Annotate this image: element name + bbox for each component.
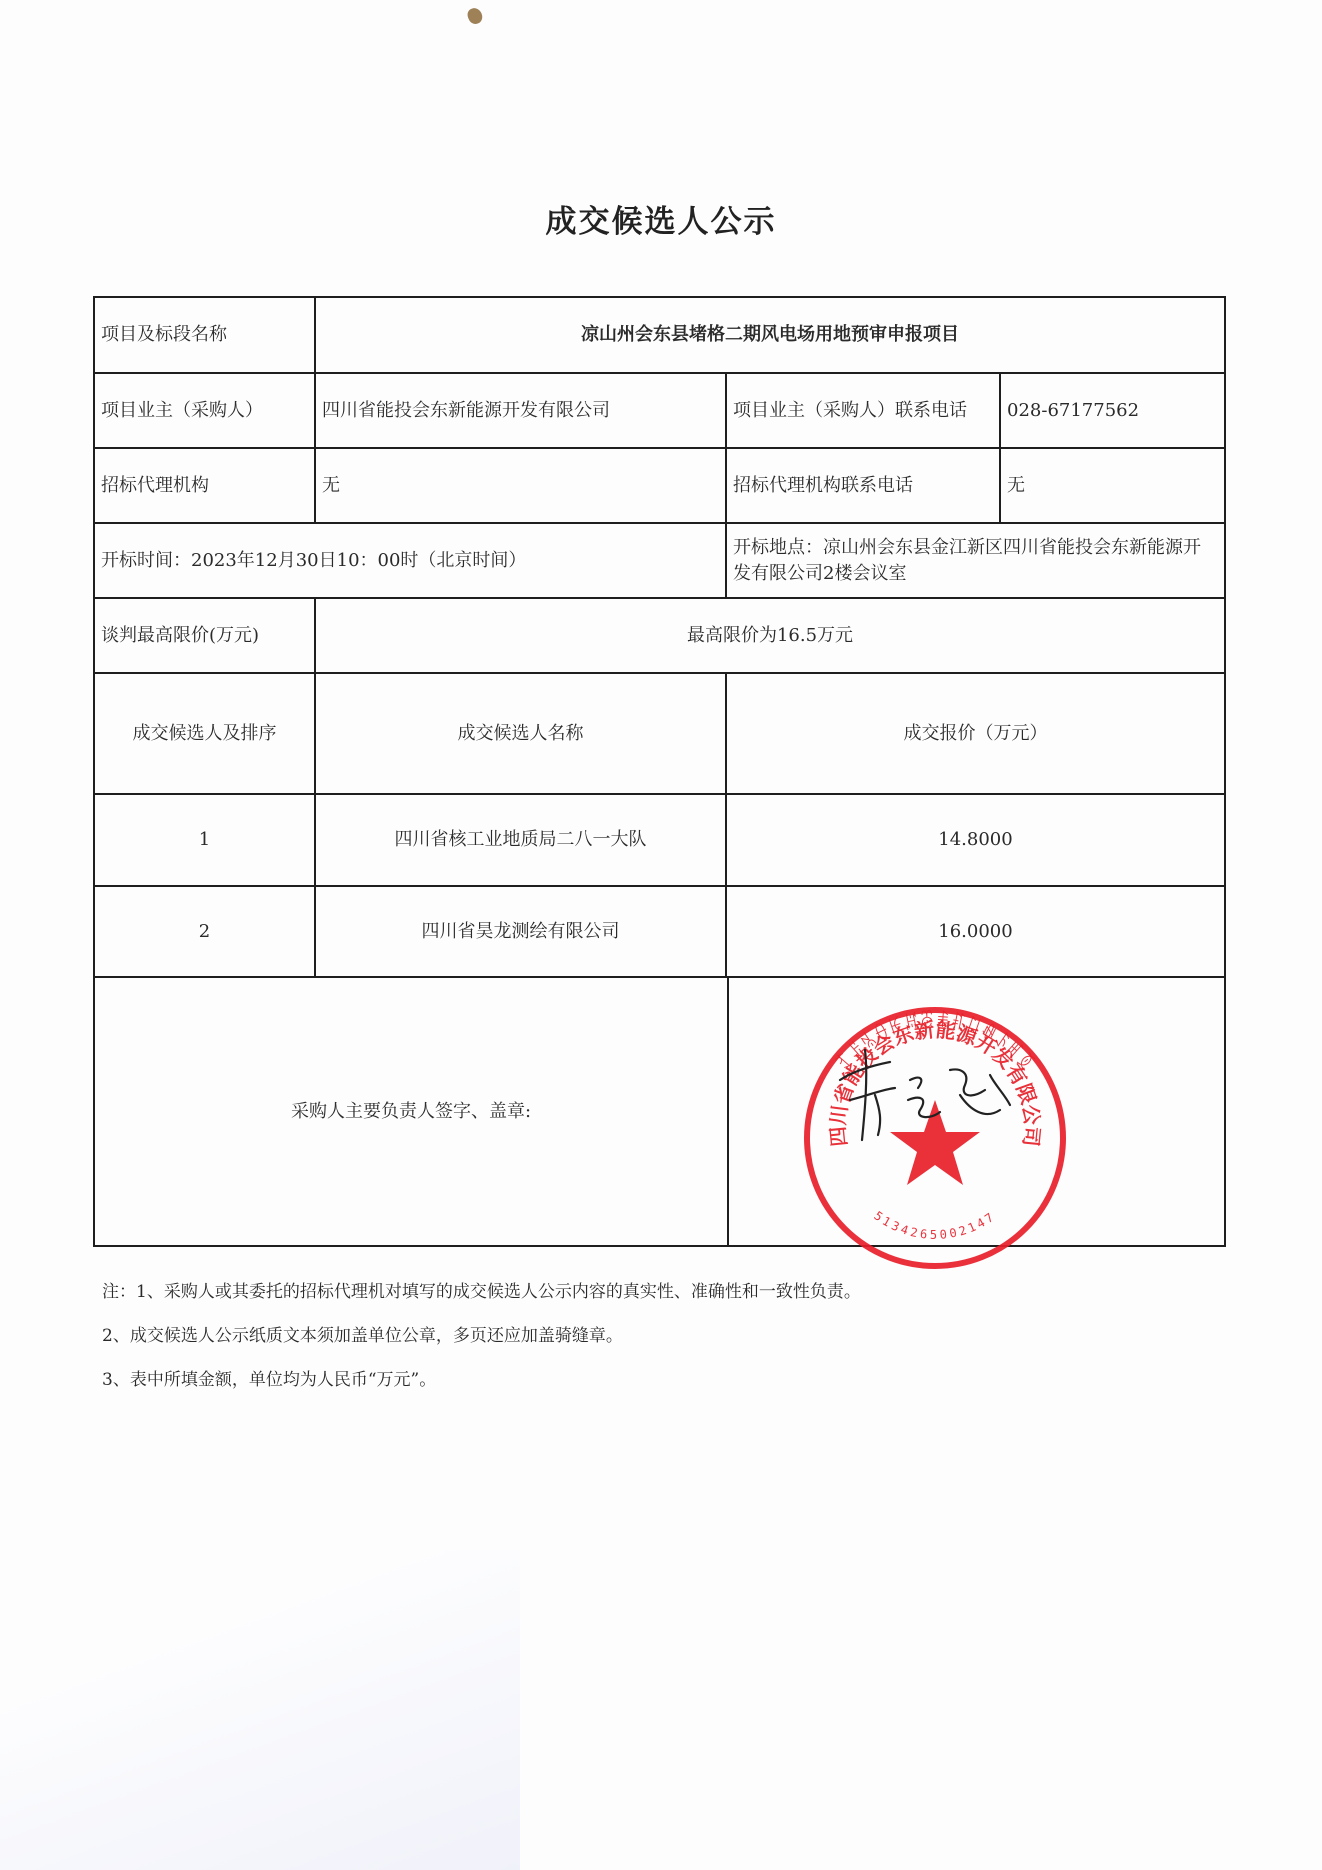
footnotes: 注：1、采购人或其委托的招标代理机对填写的成交候选人公示内容的真实性、准确性和一… [102,1278,861,1410]
paper-stain [466,6,485,26]
header-price: 成交报价（万元） [725,672,1226,795]
owner-label: 项目业主（采购人） [93,372,316,449]
candidate-1-rank: 1 [93,793,316,887]
announcement-table: 项目及标段名称 凉山州会东县堵格二期风电场用地预审申报项目 项目业主（采购人） … [93,296,1226,1247]
opening-time: 开标时间：2023年12月30日10：00时（北京时间） [93,522,727,599]
opening-location: 开标地点：凉山州会东县金江新区四川省能投会东新能源开发有限公司2楼会议室 [725,522,1226,599]
agency-name: 无 [314,447,727,524]
candidate-2-price: 16.0000 [725,885,1226,978]
header-candidate-name: 成交候选人名称 [314,672,727,795]
max-price-label: 谈判最高限价(万元) [93,597,316,674]
paper-shadow [0,1550,520,1870]
project-label: 项目及标段名称 [93,296,316,374]
owner-name: 四川省能投会东新能源开发有限公司 [314,372,727,449]
note-3: 3、表中所填金额，单位均为人民币“万元”。 [102,1366,861,1410]
note-1: 注：1、采购人或其委托的招标代理机对填写的成交候选人公示内容的真实性、准确性和一… [102,1278,861,1322]
header-rank: 成交候选人及排序 [93,672,316,795]
owner-phone-label: 项目业主（采购人）联系电话 [725,372,1001,449]
document-title: 成交候选人公示 [0,196,1322,241]
owner-phone: 028-67177562 [999,372,1226,449]
candidate-1-name: 四川省核工业地质局二八一大队 [314,793,727,887]
agency-phone: 无 [999,447,1226,524]
max-price-value: 最高限价为16.5万元 [314,597,1226,674]
candidate-1-price: 14.8000 [725,793,1226,887]
candidate-2-rank: 2 [93,885,316,978]
signature-label: 采购人主要负责人签字、盖章: [93,976,729,1247]
candidate-2-name: 四川省昊龙测绘有限公司 [314,885,727,978]
project-name: 凉山州会东县堵格二期风电场用地预审申报项目 [314,296,1226,374]
agency-label: 招标代理机构 [93,447,316,524]
agency-phone-label: 招标代理机构联系电话 [725,447,1001,524]
seal-area [727,976,1226,1247]
note-2: 2、成交候选人公示纸质文本须加盖单位公章，多页还应加盖骑缝章。 [102,1322,861,1366]
